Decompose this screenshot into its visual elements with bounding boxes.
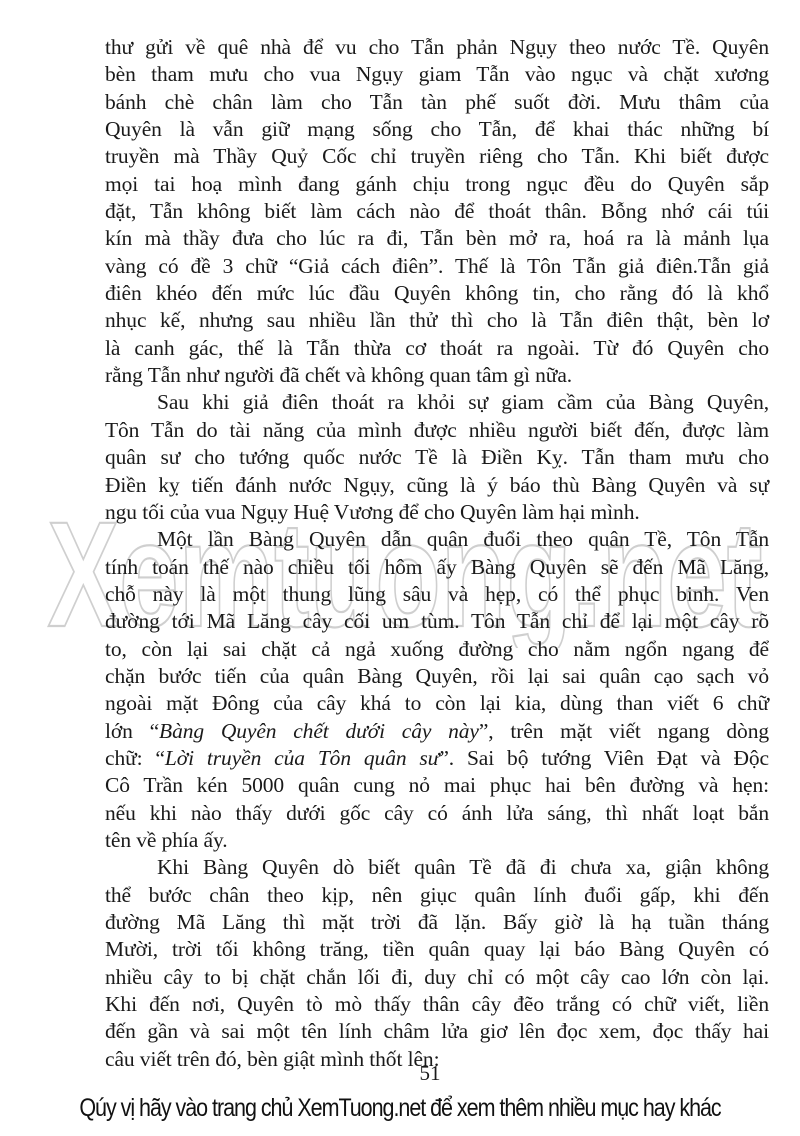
body-text: thư gửi về quê nhà để vu cho Tẫn phản Ng… xyxy=(105,34,769,1073)
text-line: Cô Trần kén 5000 quân cung nỏ mai phục h… xyxy=(105,772,769,799)
italic-quote: Lời truyền của Tôn quân sư xyxy=(165,746,439,770)
text-line: to, còn lại sai chặt cả ngả xuống đường … xyxy=(105,636,769,663)
text-line: ngoài mặt Đông của cây khá to còn lại ki… xyxy=(105,690,769,717)
paragraph-3: Một lần Bàng Quyên dẫn quân đuổi theo qu… xyxy=(105,526,769,854)
text-line-with-italic: chữ: “Lời truyền của Tôn quân sư”. Sai b… xyxy=(105,745,769,772)
text-line: đường tới Mã Lăng cây cối um tùm. Tôn Tẫ… xyxy=(105,608,769,635)
text-line: chặn bước tiến của quân Bàng Quyên, rồi … xyxy=(105,663,769,690)
text-line: kín mà thầy đưa cho lúc ra đi, Tẫn bèn m… xyxy=(105,225,769,252)
text-line: Tôn Tẫn do tài năng của mình được nhiều … xyxy=(105,417,769,444)
text-line: đường Mã Lăng thì mặt trời đã lặn. Bấy g… xyxy=(105,909,769,936)
paragraph-1: thư gửi về quê nhà để vu cho Tẫn phản Ng… xyxy=(105,34,769,389)
italic-quote: Bàng Quyên chết dưới cây này xyxy=(159,719,479,743)
paragraph-4: Khi Bàng Quyên dò biết quân Tề đã đi chư… xyxy=(105,854,769,1073)
text-line: chỗ này là một thung lũng sâu và hẹp, có… xyxy=(105,581,769,608)
text-line: Một lần Bàng Quyên dẫn quân đuổi theo qu… xyxy=(105,526,769,553)
text-line: Khi đến nơi, Quyên tò mò thấy thân cây đ… xyxy=(105,991,769,1018)
paragraph-2: Sau khi giả điên thoát ra khỏi sự giam c… xyxy=(105,389,769,526)
text-line: tính toán thế nào chiều tối hôm ấy Bàng … xyxy=(105,554,769,581)
text-line: bèn tham mưu cho vua Ngụy giam Tẫn vào n… xyxy=(105,61,769,88)
text-line: Mười, trời tối không trăng, tiền quân qu… xyxy=(105,936,769,963)
text-line: đặt, Tẫn không biết làm cách nào để thoá… xyxy=(105,198,769,225)
text-line: tên về phía ấy. xyxy=(105,827,769,854)
text-line: truyền mà Thầy Quỷ Cốc chỉ truyền riêng … xyxy=(105,143,769,170)
text-line: nhục kế, nhưng sau nhiều lần thử thì cho… xyxy=(105,307,769,334)
text-line: thư gửi về quê nhà để vu cho Tẫn phản Ng… xyxy=(105,34,769,61)
text-line: Quyên là vẫn giữ mạng sống cho Tẫn, để k… xyxy=(105,116,769,143)
document-page: Xemtuong.net thư gửi về quê nhà để vu ch… xyxy=(0,0,800,1136)
text-line: Khi Bàng Quyên dò biết quân Tề đã đi chư… xyxy=(105,854,769,881)
text-line: thể bước chân theo kịp, nên giục quân lí… xyxy=(105,882,769,909)
text-line: vàng có đề 3 chữ “Giả cách điên”. Thế là… xyxy=(105,253,769,280)
text-line-with-italic: lớn “Bàng Quyên chết dưới cây này”, trên… xyxy=(105,718,769,745)
text-line: Sau khi giả điên thoát ra khỏi sự giam c… xyxy=(105,389,769,416)
footer-promo-text: Qúy vị hãy vào trang chủ XemTuong.net để… xyxy=(56,1094,744,1123)
text-line: nếu khi nào thấy dưới gốc cây có ánh lửa… xyxy=(105,800,769,827)
text-line: điên khéo đến mức lúc đầu Quyên không ti… xyxy=(105,280,769,307)
text-line: ngu tối của vua Ngụy Huệ Vương để cho Qu… xyxy=(105,499,769,526)
text-line: là canh gác, thế là Tẫn thừa cơ thoát ra… xyxy=(105,335,769,362)
text-line: đến gần và sai một tên lính châm lửa giơ… xyxy=(105,1018,769,1045)
text-line: Điền kỵ tiến đánh nước Ngụy, cũng là ý b… xyxy=(105,472,769,499)
text-line: bánh chè chân làm cho Tẫn tàn phế suốt đ… xyxy=(105,89,769,116)
text-line: quân sư cho tướng quốc nước Tề là Điền K… xyxy=(105,444,769,471)
page-number: 51 xyxy=(0,1061,800,1086)
text-line: mọi tai hoạ mình đang gánh chịu trong ng… xyxy=(105,171,769,198)
text-line: nhiều cây to bị chặt chắn lối đi, duy ch… xyxy=(105,964,769,991)
text-line: rằng Tẫn như người đã chết và không quan… xyxy=(105,362,769,389)
